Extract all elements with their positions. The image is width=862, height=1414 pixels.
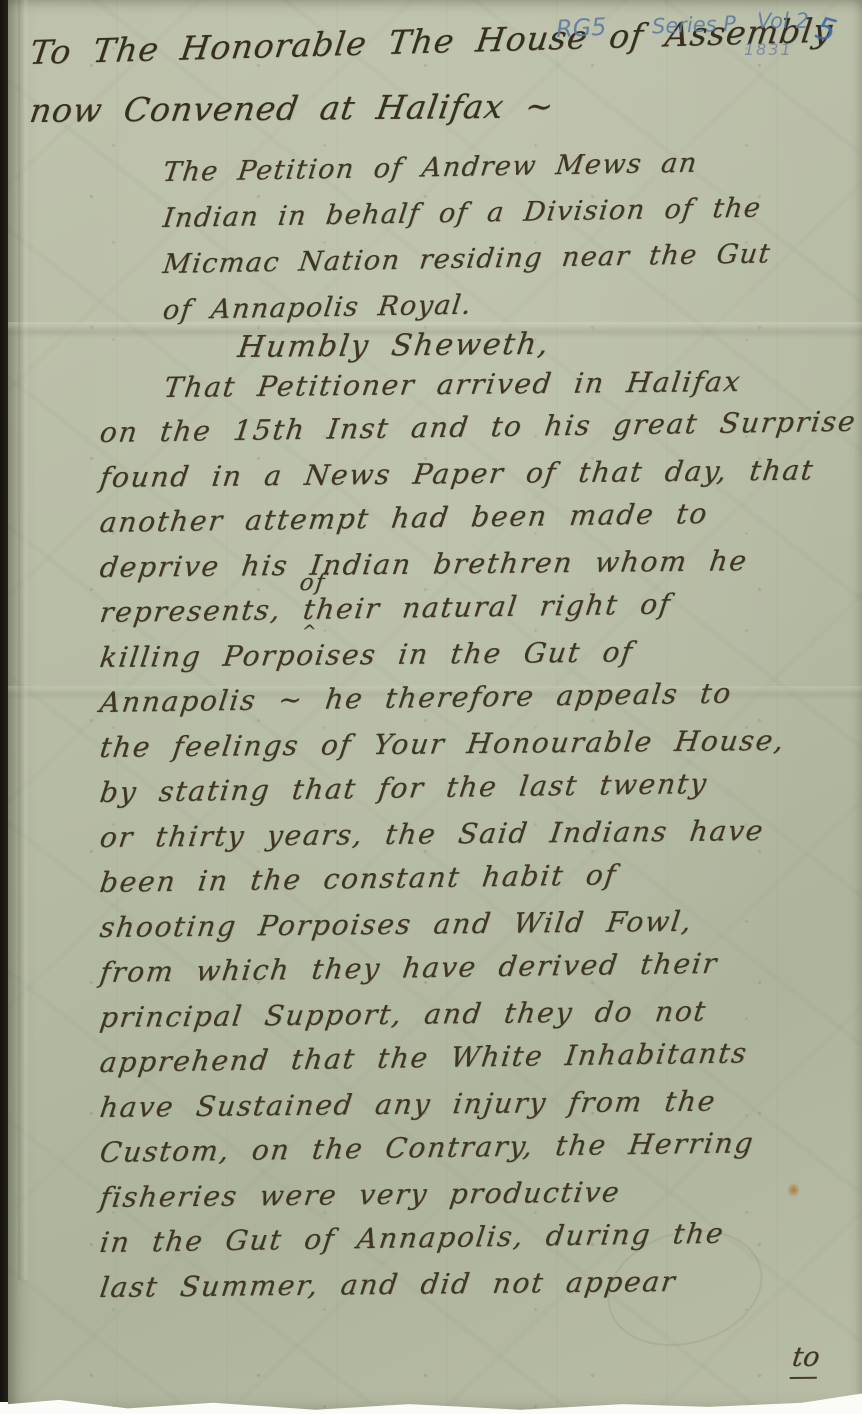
manuscript-line: now Convened at Halifax ~: [26, 75, 835, 140]
archival-volume-label: Vol 2: [757, 9, 809, 33]
catchword: to: [790, 1342, 822, 1379]
petition-body-block: That Petitioner arrived in Halifax on th…: [100, 374, 855, 1319]
manuscript-line: been in the constant habit of: [98, 858, 858, 897]
manuscript-line: shooting Porpoises and Wild Fowl,: [98, 906, 858, 942]
manuscript-line: deprive his Indian brethren whom he: [98, 546, 858, 582]
manuscript-line: last Summer, and did not appear: [98, 1266, 858, 1302]
manuscript-line: of Annapolis Royal.: [160, 277, 773, 334]
manuscript-line: principal Support, and they do not: [98, 996, 858, 1032]
manuscript-line: found in a News Paper of that day, that: [98, 456, 858, 492]
interlinear-insertion: of: [298, 569, 328, 597]
scanned-document: { "document": { "kind": "Handwritten pet…: [0, 0, 862, 1414]
manuscript-line: or thirty years, the Said Indians have: [98, 816, 858, 852]
manuscript-line: Custom, on the Contrary, the Herring: [98, 1128, 858, 1167]
manuscript-line: apprehend that the White Inhabitants: [98, 1038, 858, 1077]
archival-series-label: Series P: [652, 12, 737, 39]
manuscript-line: the feelings of Your Honourable House,: [98, 726, 858, 762]
manuscript-line: have Sustained any injury from the: [98, 1086, 858, 1122]
manuscript-line: another attempt had been made to: [98, 498, 858, 537]
manuscript-line-text: represents, their natural right of: [98, 588, 673, 629]
manuscript-line: Annapolis ~ he therefore appeals to: [98, 678, 858, 717]
salutation: Humbly Sheweth,: [236, 327, 552, 365]
archival-year-label: 1831: [744, 40, 793, 59]
manuscript-line: fisheries were very productive: [98, 1176, 858, 1212]
manuscript-line: killing Porpoises in the Gut of: [98, 636, 858, 672]
manuscript-line: That Petitioner arrived in Halifax: [162, 367, 858, 402]
manuscript-line: on the 15th Inst and to his great Surpri…: [98, 408, 858, 447]
manuscript-line: from which they have derived their: [98, 948, 858, 987]
address-block: To The Honorable The House of Assembly n…: [30, 24, 830, 140]
archival-record-group-label: RG5: [555, 13, 607, 44]
manuscript-line: represents, their natural right of of ^: [98, 588, 858, 627]
fold-crease-left: [18, 0, 29, 1280]
manuscript-line: in the Gut of Annapolis, during the: [98, 1218, 858, 1257]
petition-intro-block: The Petition of Andrew Mews an Indian in…: [163, 150, 769, 334]
manuscript-line: by stating that for the last twenty: [98, 768, 858, 807]
